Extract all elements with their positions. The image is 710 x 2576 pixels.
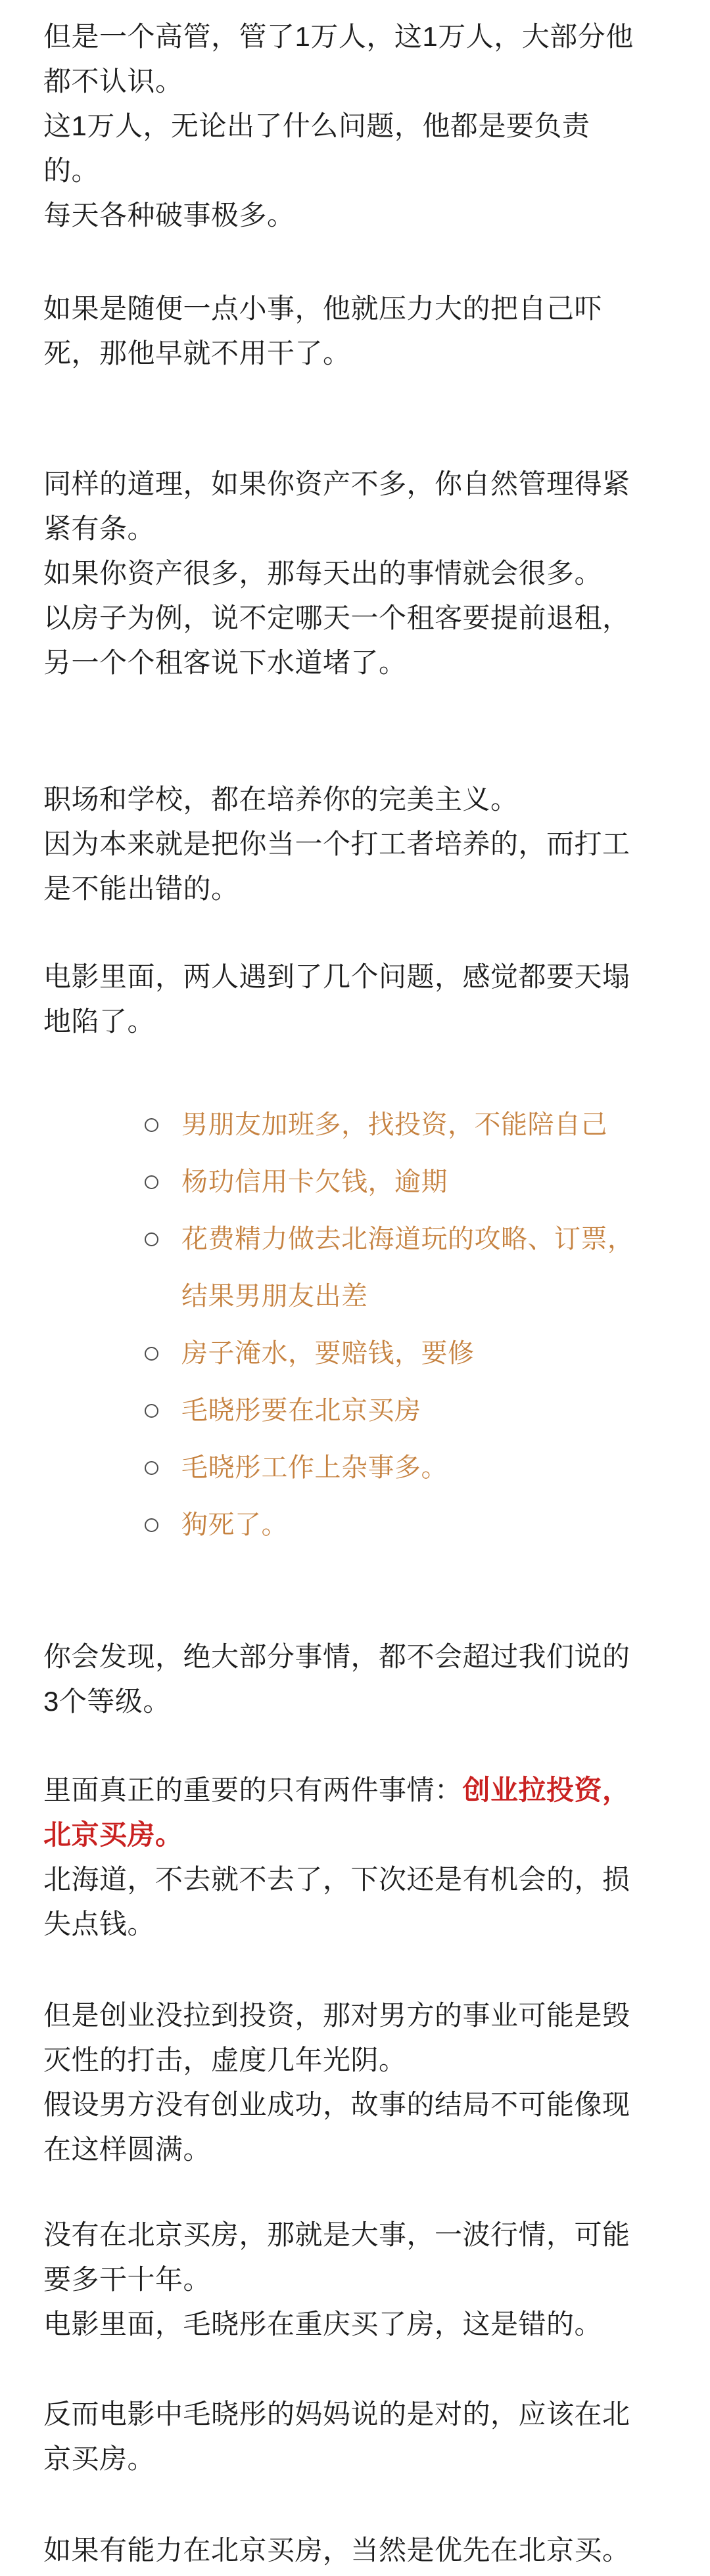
- bullet-circle-icon: [145, 1404, 158, 1418]
- bullet-list: 男朋友加班多，找投资，不能陪自己 杨玏信用卡欠钱，逾期 花费精力做去北海道玩的攻…: [43, 1096, 667, 1554]
- text-line: 房子淹水，要赔钱，要修: [181, 1325, 475, 1382]
- text-line: 电影里面，毛晓彤在重庆买了房，这是错的。: [43, 2302, 667, 2347]
- text-line: 每天各种破事极多。: [43, 193, 667, 238]
- bullet-circle-icon: [145, 1461, 158, 1475]
- bullet-item: 狗死了。: [145, 1497, 667, 1554]
- paragraph: 如果有能力在北京买房，当然是优先在北京买。: [43, 2528, 667, 2573]
- text-line: 在这样圆满。: [43, 2127, 667, 2172]
- text-line: 的。: [43, 148, 667, 193]
- text-line: 毛晓彤要在北京买房: [181, 1382, 421, 1439]
- text-line: 是不能出错的。: [43, 867, 667, 911]
- text-line: 北海道，不去就不去了，下次还是有机会的，损: [43, 1857, 667, 1902]
- paragraph: 你会发现，绝大部分事情，都不会超过我们说的 3个等级。: [43, 1635, 667, 1724]
- paragraph: 同样的道理，如果你资产不多，你自然管理得紧 紧有条。 如果你资产很多，那每天出的…: [43, 462, 667, 685]
- bullet-circle-icon: [145, 1518, 158, 1532]
- text-line: 里面真正的重要的只有两件事情：创业拉投资，: [43, 1768, 667, 1813]
- text-line: 结果男朋友出差: [181, 1268, 634, 1325]
- text-line: 男朋友加班多，找投资，不能陪自己: [181, 1096, 607, 1154]
- text-line: 毛晓彤工作上杂事多。: [181, 1439, 448, 1497]
- text-segment: 里面真正的重要的只有两件事情：: [43, 1774, 463, 1805]
- paragraph: 职场和学校，都在培养你的完美主义。 因为本来就是把你当一个打工者培养的，而打工 …: [43, 777, 667, 911]
- text-line: 紧有条。: [43, 507, 667, 551]
- highlight-text: 北京买房。: [43, 1819, 183, 1850]
- text-line: 失点钱。: [43, 1902, 667, 1947]
- text-line: 另一个个租客说下水道堵了。: [43, 641, 667, 685]
- bullet-item: 杨玏信用卡欠钱，逾期: [145, 1154, 667, 1211]
- bullet-item: 房子淹水，要赔钱，要修: [145, 1325, 667, 1382]
- bullet-circle-icon: [145, 1175, 158, 1189]
- text-line: 如果你资产很多，那每天出的事情就会很多。: [43, 551, 667, 596]
- text-line: 职场和学校，都在培养你的完美主义。: [43, 777, 667, 822]
- text-line: 花费精力做去北海道玩的攻略、订票，: [181, 1211, 634, 1268]
- bullet-circle-icon: [145, 1232, 158, 1246]
- text-line: 因为本来就是把你当一个打工者培养的，而打工: [43, 822, 667, 867]
- paragraph: 但是一个高管，管了1万人，这1万人，大部分他 都不认识。 这1万人，无论出了什么…: [43, 14, 667, 238]
- text-line: 这1万人，无论出了什么问题，他都是要负责: [43, 104, 667, 148]
- paragraph: 但是创业没拉到投资，那对男方的事业可能是毁 灭性的打击，虚度几年光阴。 假设男方…: [43, 1993, 667, 2172]
- bullet-item: 毛晓彤要在北京买房: [145, 1382, 667, 1439]
- bullet-circle-icon: [145, 1118, 158, 1132]
- paragraph: 里面真正的重要的只有两件事情：创业拉投资， 北京买房。 北海道，不去就不去了，下…: [43, 1768, 667, 1947]
- text-line: 但是创业没拉到投资，那对男方的事业可能是毁: [43, 1993, 667, 2038]
- bullet-item: 男朋友加班多，找投资，不能陪自己: [145, 1096, 667, 1154]
- text-line: 但是一个高管，管了1万人，这1万人，大部分他: [43, 14, 667, 59]
- text-line: 反而电影中毛晓彤的妈妈说的是对的，应该在北: [43, 2392, 667, 2437]
- text-line: 死，那他早就不用干了。: [43, 331, 667, 376]
- highlight-text: 创业拉投资，: [463, 1774, 630, 1805]
- text-line: 杨玏信用卡欠钱，逾期: [181, 1154, 448, 1211]
- bullet-item: 花费精力做去北海道玩的攻略、订票， 结果男朋友出差: [145, 1211, 667, 1325]
- text-line: 电影里面，两人遇到了几个问题，感觉都要天塌: [43, 955, 667, 999]
- text-line: 京买房。: [43, 2437, 667, 2481]
- text-line: 你会发现，绝大部分事情，都不会超过我们说的: [43, 1635, 667, 1679]
- text-line: 地陷了。: [43, 999, 667, 1044]
- text-line: 同样的道理，如果你资产不多，你自然管理得紧: [43, 462, 667, 507]
- paragraph: 电影里面，两人遇到了几个问题，感觉都要天塌 地陷了。: [43, 955, 667, 1044]
- paragraph: 反而电影中毛晓彤的妈妈说的是对的，应该在北 京买房。: [43, 2392, 667, 2481]
- text-line: 没有在北京买房，那就是大事，一波行情，可能: [43, 2213, 667, 2257]
- text-line: 如果有能力在北京买房，当然是优先在北京买。: [43, 2528, 667, 2573]
- bullet-item: 毛晓彤工作上杂事多。: [145, 1439, 667, 1497]
- text-line: 如果是随便一点小事，他就压力大的把自己吓: [43, 286, 667, 331]
- text-line: 灭性的打击，虚度几年光阴。: [43, 2038, 667, 2083]
- paragraph: 如果是随便一点小事，他就压力大的把自己吓 死，那他早就不用干了。: [43, 286, 667, 376]
- text-line: 北京买房。: [43, 1813, 667, 1857]
- text-line: 假设男方没有创业成功，故事的结局不可能像现: [43, 2083, 667, 2127]
- bullet-circle-icon: [145, 1347, 158, 1361]
- article-page: 但是一个高管，管了1万人，这1万人，大部分他 都不认识。 这1万人，无论出了什么…: [0, 0, 710, 2576]
- text-line: 3个等级。: [43, 1679, 667, 1724]
- text-line: 以房子为例，说不定哪天一个租客要提前退租，: [43, 596, 667, 641]
- text-line: 要多干十年。: [43, 2257, 667, 2302]
- paragraph: 没有在北京买房，那就是大事，一波行情，可能 要多干十年。 电影里面，毛晓彤在重庆…: [43, 2213, 667, 2347]
- text-line: 狗死了。: [181, 1497, 288, 1554]
- text-line: 都不认识。: [43, 59, 667, 104]
